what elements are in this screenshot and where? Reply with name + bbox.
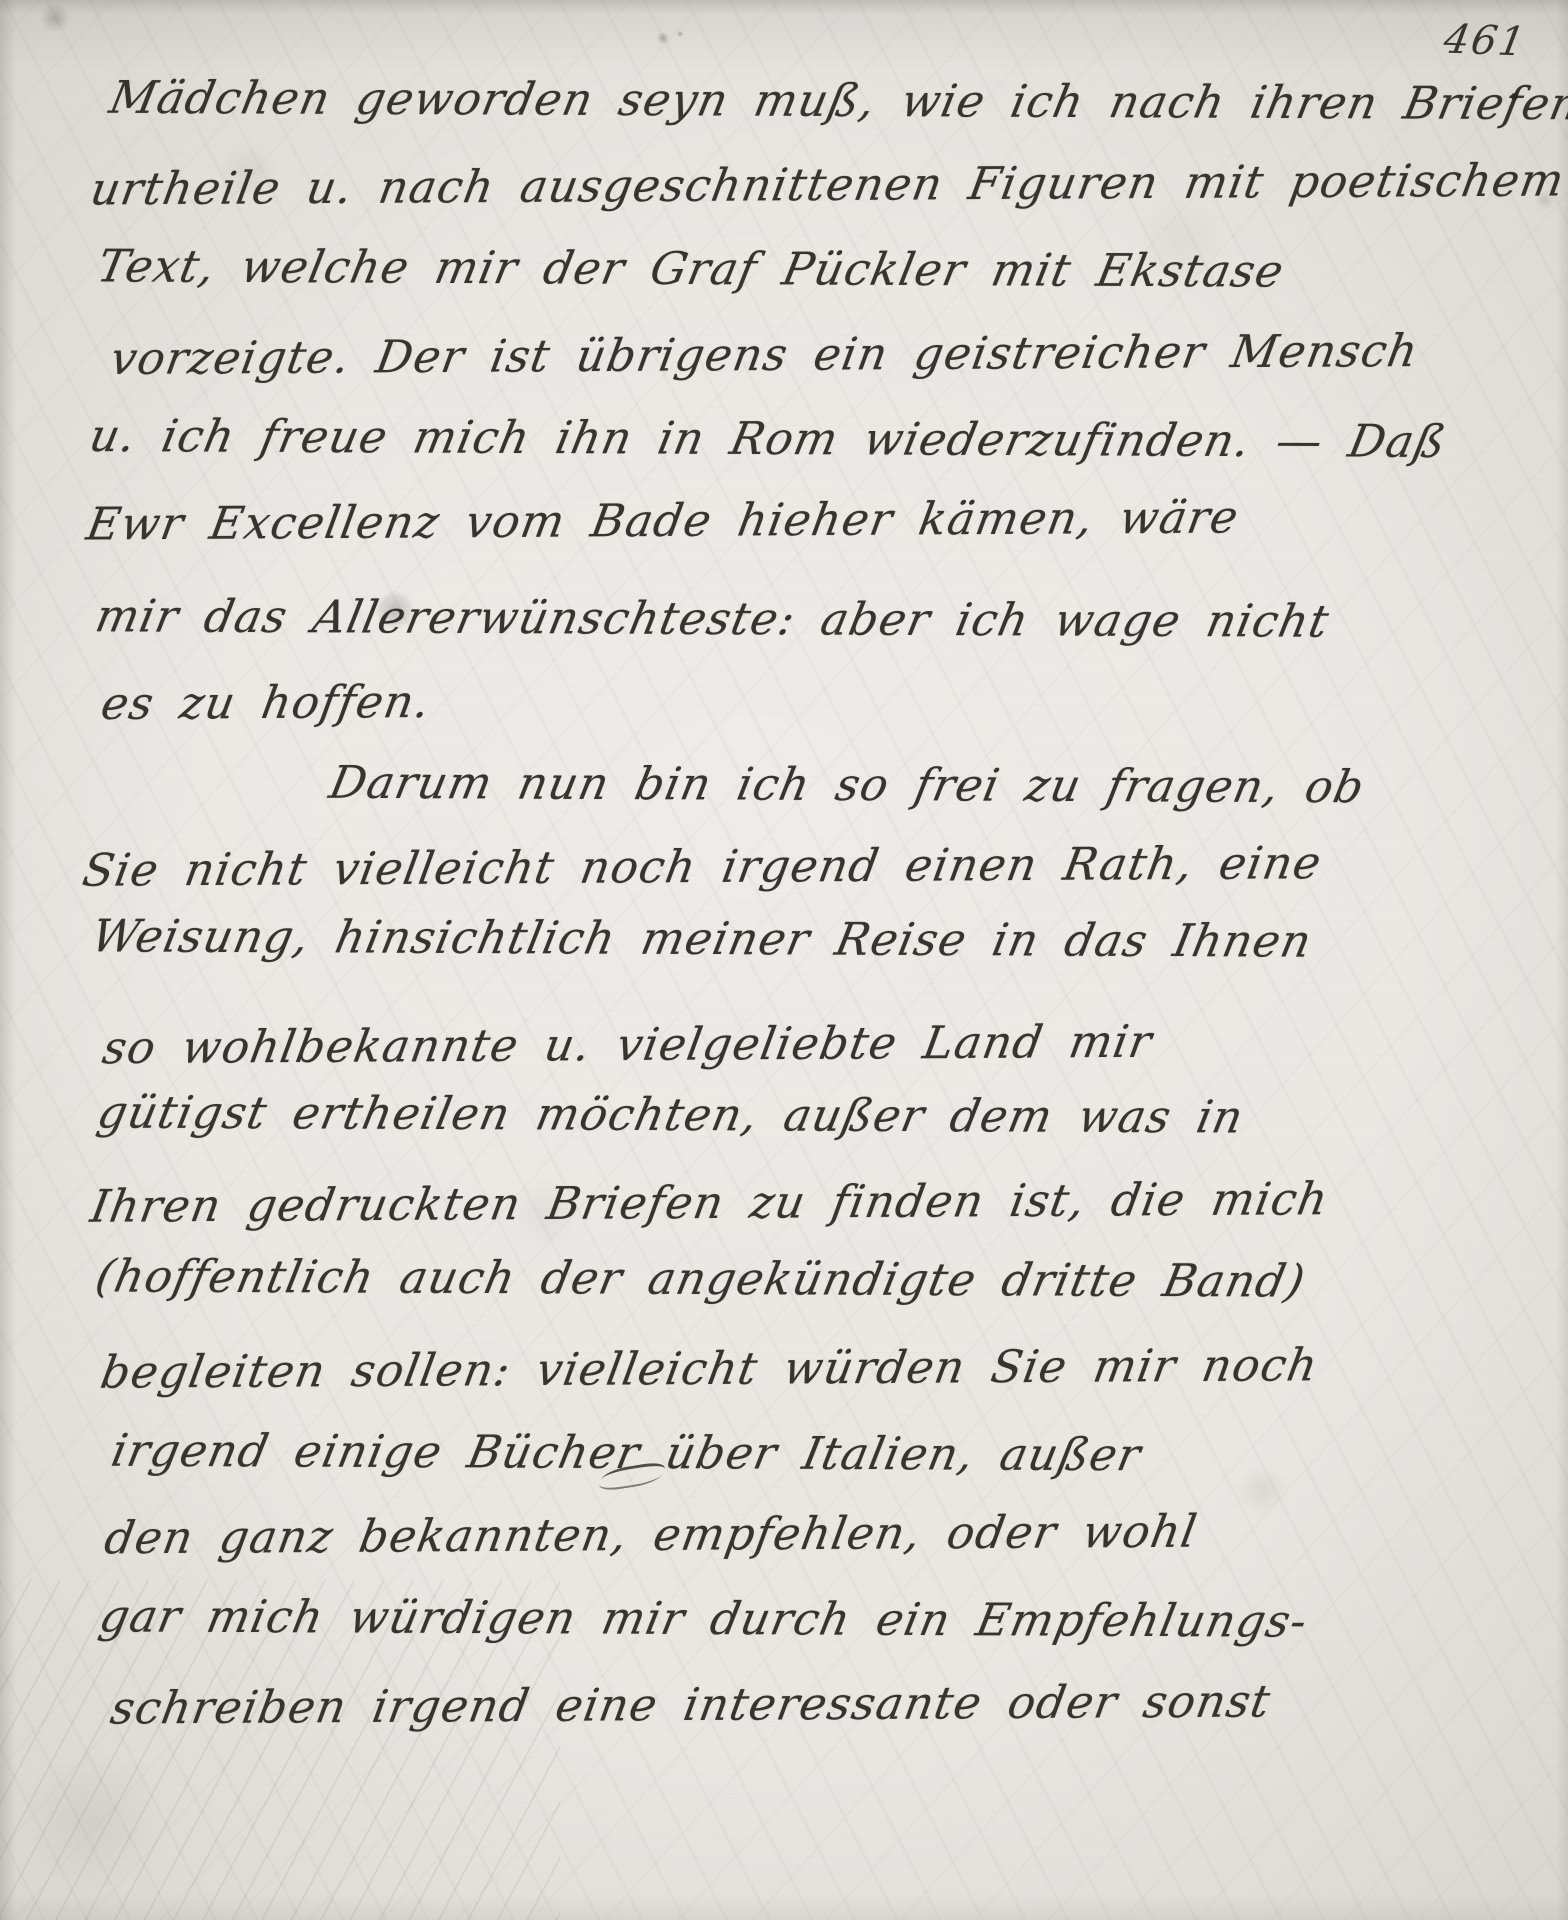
page-number: 461 <box>1440 17 1530 66</box>
handwritten-line-2: urtheile u. nach ausgeschnittenen Figure… <box>87 158 1568 212</box>
handwritten-line-20: schreiben irgend eine interessante oder … <box>108 1678 1275 1730</box>
handwritten-line-11: Weisung, hinsichtlich meiner Reise in da… <box>88 913 1316 963</box>
handwritten-line-13: gütigst ertheilen möchten, außer dem was… <box>94 1090 1248 1140</box>
handwritten-line-4: vorzeigte. Der ist übrigens ein geistrei… <box>107 328 1421 381</box>
handwritten-line-7: mir das Allererwünschteste: aber ich wag… <box>92 593 1333 643</box>
handwritten-line-16: begleiten sollen: vielleicht würden Sie … <box>98 1342 1322 1394</box>
handwritten-line-12: so wohlbekannte u. vielgeliebte Land mir <box>100 1019 1156 1070</box>
handwritten-line-1: Mädchen geworden seyn muß, wie ich nach … <box>106 75 1568 126</box>
handwritten-line-3: Text, welche mir der Graf Pückler mit Ek… <box>94 243 1288 293</box>
handwritten-line-6: Ewr Excellenz vom Bade hieher kämen, wär… <box>84 494 1243 546</box>
handwritten-line-17: irgend einige Bücher über Italien, außer <box>108 1428 1145 1477</box>
handwritten-line-10: Sie nicht vielleicht noch irgend einen R… <box>80 840 1326 893</box>
handwritten-line-5: u. ich freue mich ihn in Rom wiederzufin… <box>86 413 1450 464</box>
handwritten-line-8: es zu hoffen. <box>98 679 434 726</box>
handwritten-line-19: gar mich würdigen mir durch ein Empfehlu… <box>96 1593 1312 1643</box>
manuscript-page: 461 Mädchen geworden seyn muß, wie ich n… <box>0 0 1568 1920</box>
handwritten-line-14: Ihren gedruckten Briefen zu finden ist, … <box>88 1176 1332 1229</box>
handwritten-line-18: den ganz bekannten, empfehlen, oder wohl <box>102 1509 1201 1561</box>
handwritten-line-15: (hoffentlich auch der angekündigte dritt… <box>92 1253 1309 1303</box>
handwritten-line-9: Darum nun bin ich so frei zu fragen, ob <box>326 760 1369 810</box>
